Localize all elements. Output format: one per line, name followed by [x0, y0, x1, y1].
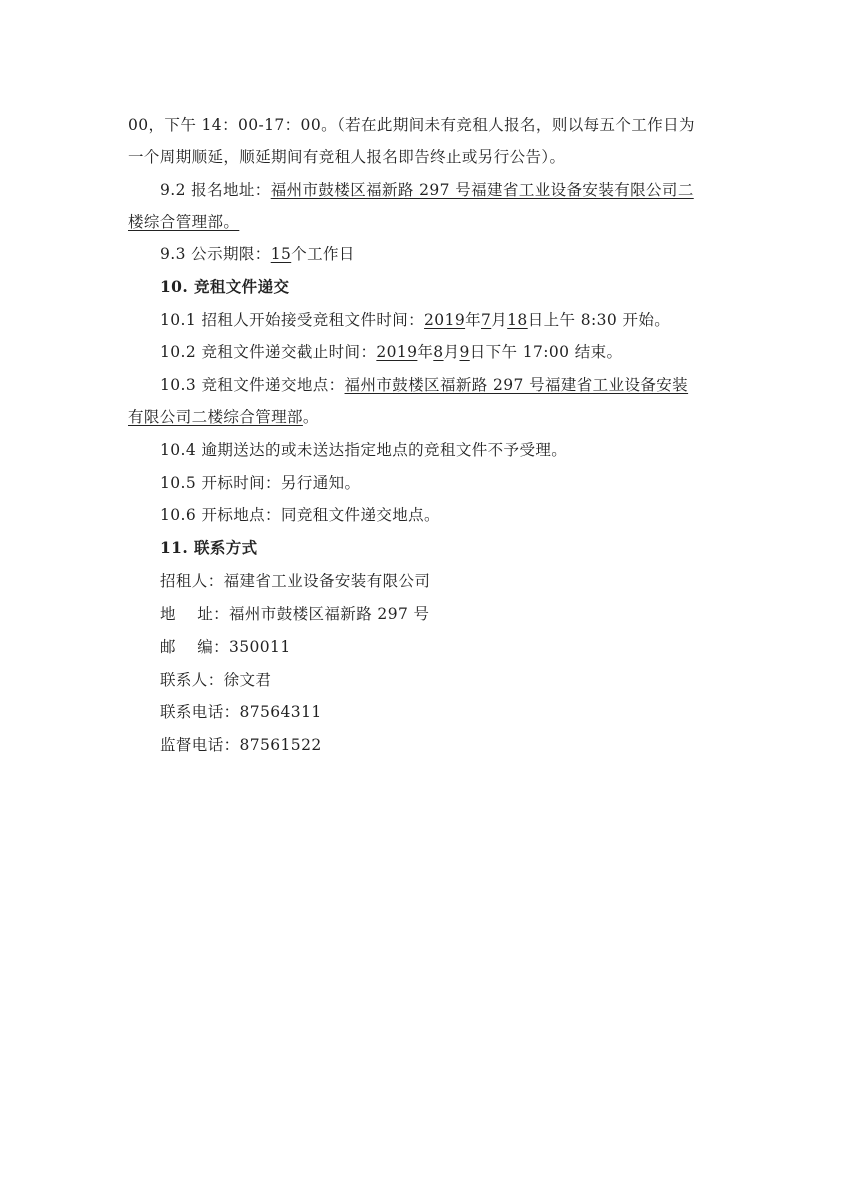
- contact-postcode: 邮 编：350011: [160, 636, 760, 658]
- section-10-3: 10.3 竞租文件递交地点：福州市鼓楼区福新路 297 号福建省工业设备安装: [160, 374, 760, 396]
- heading-text: 11. 联系方式: [160, 538, 258, 557]
- address-underlined: 福州市鼓楼区福新路 297 号福建省工业设备安装有限公司二: [271, 181, 694, 199]
- section-9-2: 9.2 报名地址：福州市鼓楼区福新路 297 号福建省工业设备安装有限公司二: [160, 179, 760, 201]
- section-10-5: 10.5 开标时间：另行通知。: [160, 472, 760, 494]
- section-11-heading: 11. 联系方式: [160, 537, 760, 559]
- month-unit: 月: [444, 343, 460, 361]
- month: 7: [481, 311, 491, 329]
- label: 9.3 公示期限：: [160, 245, 271, 263]
- text: 地 址：福州市鼓楼区福新路 297 号: [160, 605, 429, 623]
- label: 10.3 竞租文件递交地点：: [160, 376, 345, 394]
- text: 10.6 开标地点：同竞租文件递交地点。: [160, 506, 440, 524]
- year-unit: 年: [465, 311, 481, 329]
- text: 00，下午 14：00-17：00。（若在此期间未有竞租人报名，则以每五个工作日…: [128, 116, 695, 134]
- contact-person: 联系人：徐文君: [160, 669, 760, 691]
- text: 10.5 开标时间：另行通知。: [160, 474, 360, 492]
- supervision-phone: 监督电话：87561522: [160, 734, 760, 756]
- section-10-4: 10.4 逾期送达的或未送达指定地点的竞租文件不予受理。: [160, 439, 760, 461]
- label: 10.2 竞租文件递交截止时间：: [160, 343, 376, 361]
- section-10-heading: 10. 竞租文件递交: [160, 276, 760, 298]
- text: 监督电话：87561522: [160, 736, 322, 754]
- contact-tenderer: 招租人：福建省工业设备安装有限公司: [160, 570, 760, 592]
- suffix: 个工作日: [291, 245, 355, 263]
- text: 10.4 逾期送达的或未送达指定地点的竞租文件不予受理。: [160, 441, 567, 459]
- heading-text: 10. 竞租文件递交: [160, 277, 289, 296]
- year: 2019: [424, 311, 465, 329]
- section-10-2: 10.2 竞租文件递交截止时间：2019年8月9日下午 17:00 结束。: [160, 341, 760, 363]
- label: 9.2 报名地址：: [160, 181, 271, 199]
- section-10-1: 10.1 招租人开始接受竞租文件时间：2019年7月18日上午 8:30 开始。: [160, 309, 760, 331]
- year-unit: 年: [417, 343, 433, 361]
- section-10-3-cont: 有限公司二楼综合管理部。: [128, 406, 728, 428]
- month-unit: 月: [491, 311, 507, 329]
- day: 9: [459, 343, 469, 361]
- text: 招租人：福建省工业设备安装有限公司: [160, 572, 430, 590]
- address-underlined: 福州市鼓楼区福新路 297 号福建省工业设备安装: [345, 376, 689, 394]
- section-9-3: 9.3 公示期限：15个工作日: [160, 243, 760, 265]
- section-9-2-cont: 楼综合管理部。: [128, 211, 728, 233]
- text: 联系电话：87564311: [160, 703, 322, 721]
- address-underlined: 楼综合管理部。: [128, 213, 239, 231]
- rest: 日上午 8:30 开始。: [528, 311, 670, 329]
- address-underlined: 有限公司二楼综合管理部: [128, 408, 303, 426]
- end-punct: 。: [303, 408, 319, 426]
- contact-address: 地 址：福州市鼓楼区福新路 297 号: [160, 603, 760, 625]
- text: 联系人：徐文君: [160, 671, 271, 689]
- month: 8: [433, 343, 443, 361]
- contact-phone: 联系电话：87564311: [160, 701, 760, 723]
- text: 一个周期顺延，顺延期间有竞租人报名即告终止或另行公告）。: [128, 148, 565, 166]
- rest: 日下午 17:00 结束。: [470, 343, 623, 361]
- document-page: 00，下午 14：00-17：00。（若在此期间未有竞租人报名，则以每五个工作日…: [0, 0, 849, 1200]
- section-10-6: 10.6 开标地点：同竞租文件递交地点。: [160, 504, 760, 526]
- day: 18: [507, 311, 528, 329]
- paragraph-line: 一个周期顺延，顺延期间有竞租人报名即告终止或另行公告）。: [128, 146, 728, 168]
- period-value: 15: [271, 245, 292, 263]
- paragraph-line: 00，下午 14：00-17：00。（若在此期间未有竞租人报名，则以每五个工作日…: [128, 114, 728, 136]
- year: 2019: [376, 343, 417, 361]
- label: 10.1 招租人开始接受竞租文件时间：: [160, 311, 424, 329]
- text: 邮 编：350011: [160, 638, 291, 656]
